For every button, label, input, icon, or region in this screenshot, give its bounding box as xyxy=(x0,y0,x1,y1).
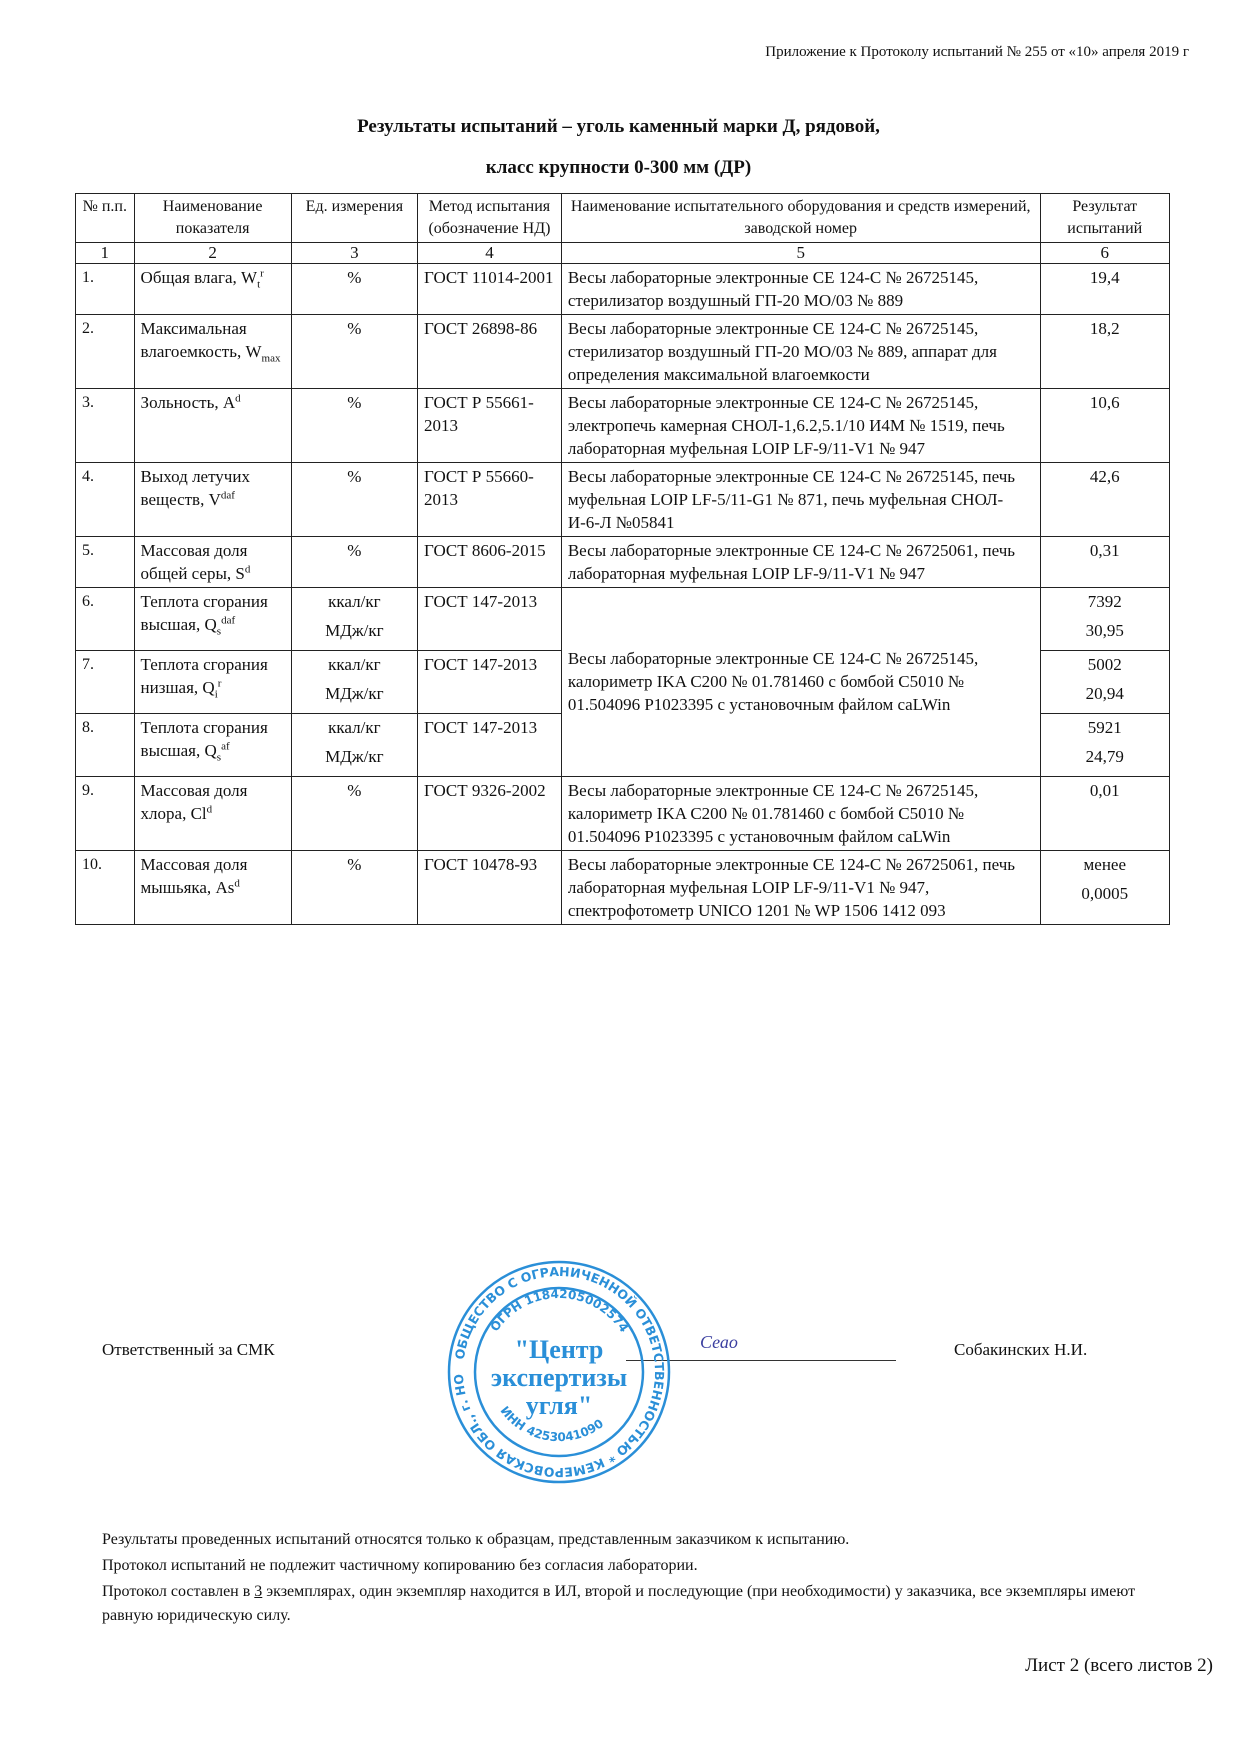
table-row: 2.Максимальная влагоемкость, Wmax%ГОСТ 2… xyxy=(76,315,1170,389)
appendix-header: Приложение к Протоколу испытаний № 255 о… xyxy=(765,44,1189,61)
result: 18,2 xyxy=(1040,315,1169,389)
method: ГОСТ 10478-93 xyxy=(418,851,562,925)
table-row: 5.Массовая доля общей серы, Sd%ГОСТ 8606… xyxy=(76,537,1170,588)
parameter-name: Теплота сгорания низшая, Qir xyxy=(134,651,291,714)
header-param: Наименование показателя xyxy=(134,194,291,243)
row-number: 10. xyxy=(76,851,135,925)
column-number-row: 1 2 3 4 5 6 xyxy=(76,243,1170,264)
signature: Сеао xyxy=(700,1332,738,1353)
param-symbol: Sd xyxy=(231,564,250,583)
stamp-center-2: экспертизы xyxy=(491,1363,627,1392)
param-symbol: Wmax xyxy=(241,342,280,361)
param-symbol: Wtr xyxy=(237,268,264,287)
method: ГОСТ 147-2013 xyxy=(418,588,562,651)
unit: % xyxy=(291,264,417,315)
colnum: 1 xyxy=(76,243,135,264)
result: 0,31 xyxy=(1040,537,1169,588)
parameter-name: Массовая доля мышьяка, Asd xyxy=(134,851,291,925)
param-symbol: Asd xyxy=(211,878,240,897)
svg-text:ОГРН 1184205002574: ОГРН 1184205002574 xyxy=(488,1287,632,1335)
colnum: 5 xyxy=(561,243,1040,264)
param-symbol: Qsaf xyxy=(200,741,229,760)
result: 42,6 xyxy=(1040,463,1169,537)
header-equipment: Наименование испытательного оборудования… xyxy=(561,194,1040,243)
colnum: 6 xyxy=(1040,243,1169,264)
result: 500220,94 xyxy=(1040,651,1169,714)
unit: ккал/кгМДж/кг xyxy=(291,651,417,714)
page-number: Лист 2 (всего листов 2) xyxy=(1025,1655,1213,1677)
notes-section: Результаты проведенных испытаний относят… xyxy=(102,1528,1177,1630)
equipment: Весы лабораторные электронные СЕ 124-С №… xyxy=(561,463,1040,537)
note-1: Результаты проведенных испытаний относят… xyxy=(102,1528,1177,1552)
result: 739230,95 xyxy=(1040,588,1169,651)
row-number: 8. xyxy=(76,714,135,777)
result: 19,4 xyxy=(1040,264,1169,315)
parameter-name: Общая влага, Wtr xyxy=(134,264,291,315)
row-number: 1. xyxy=(76,264,135,315)
header-method: Метод испытания (обозначение НД) xyxy=(418,194,562,243)
table-row: 4.Выход летучих веществ, Vdaf%ГОСТ Р 556… xyxy=(76,463,1170,537)
note-3: Протокол составлен в 3 экземплярах, один… xyxy=(102,1580,1177,1628)
equipment: Весы лабораторные электронные СЕ 124-С №… xyxy=(561,777,1040,851)
param-symbol: Vdaf xyxy=(204,490,235,509)
method: ГОСТ 9326-2002 xyxy=(418,777,562,851)
method: ГОСТ 11014-2001 xyxy=(418,264,562,315)
unit: % xyxy=(291,389,417,463)
equipment: Весы лабораторные электронные СЕ 124-С №… xyxy=(561,389,1040,463)
row-number: 7. xyxy=(76,651,135,714)
row-number: 6. xyxy=(76,588,135,651)
result: 10,6 xyxy=(1040,389,1169,463)
colnum: 4 xyxy=(418,243,562,264)
responsible-label: Ответственный за СМК xyxy=(102,1340,275,1360)
unit: % xyxy=(291,463,417,537)
table-header-row: № п.п. Наименование показателя Ед. измер… xyxy=(76,194,1170,243)
row-number: 9. xyxy=(76,777,135,851)
header-result: Результат испытаний xyxy=(1040,194,1169,243)
equipment: Весы лабораторные электронные СЕ 124-С №… xyxy=(561,537,1040,588)
row-number: 4. xyxy=(76,463,135,537)
table-row: 3.Зольность, Ad%ГОСТ Р 55661-2013Весы ла… xyxy=(76,389,1170,463)
parameter-name: Массовая доля хлора, Cld xyxy=(134,777,291,851)
stamp-ogrn: ОГРН 1184205002574 xyxy=(488,1287,632,1335)
header-num: № п.п. xyxy=(76,194,135,243)
result: 0,01 xyxy=(1040,777,1169,851)
result: 592124,79 xyxy=(1040,714,1169,777)
unit: ккал/кгМДж/кг xyxy=(291,588,417,651)
signer-name: Собакинских Н.И. xyxy=(954,1340,1087,1360)
parameter-name: Выход летучих веществ, Vdaf xyxy=(134,463,291,537)
row-number: 3. xyxy=(76,389,135,463)
unit: % xyxy=(291,537,417,588)
table-row: 9.Массовая доля хлора, Cld%ГОСТ 9326-200… xyxy=(76,777,1170,851)
page-subtitle: класс крупности 0-300 мм (ДР) xyxy=(0,157,1237,179)
param-symbol: Qir xyxy=(198,678,221,697)
equipment: Весы лабораторные электронные СЕ 124-С №… xyxy=(561,851,1040,925)
table-row: 6.Теплота сгорания высшая, Qsdafккал/кгМ… xyxy=(76,588,1170,651)
method: ГОСТ 147-2013 xyxy=(418,714,562,777)
param-symbol: Ad xyxy=(219,393,241,412)
method: ГОСТ 147-2013 xyxy=(418,651,562,714)
header-unit: Ед. измерения xyxy=(291,194,417,243)
parameter-name: Зольность, Ad xyxy=(134,389,291,463)
note-2: Протокол испытаний не подлежит частичном… xyxy=(102,1554,1177,1578)
parameter-name: Теплота сгорания высшая, Qsaf xyxy=(134,714,291,777)
method: ГОСТ Р 55661-2013 xyxy=(418,389,562,463)
colnum: 2 xyxy=(134,243,291,264)
param-symbol: Cld xyxy=(186,804,212,823)
unit: % xyxy=(291,777,417,851)
table-row: 1.Общая влага, Wtr%ГОСТ 11014-2001Весы л… xyxy=(76,264,1170,315)
unit: % xyxy=(291,851,417,925)
unit: ккал/кгМДж/кг xyxy=(291,714,417,777)
unit: % xyxy=(291,315,417,389)
equipment: Весы лабораторные электронные СЕ 124-С №… xyxy=(561,315,1040,389)
parameter-name: Теплота сгорания высшая, Qsdaf xyxy=(134,588,291,651)
parameter-name: Максимальная влагоемкость, Wmax xyxy=(134,315,291,389)
method: ГОСТ 8606-2015 xyxy=(418,537,562,588)
company-stamp: ОБЩЕСТВО С ОГРАНИЧЕННОЙ ОТВЕТСТВЕННОСТЬЮ… xyxy=(445,1258,673,1486)
stamp-center-1: "Центр xyxy=(515,1335,604,1364)
row-number: 5. xyxy=(76,537,135,588)
result: менее0,0005 xyxy=(1040,851,1169,925)
colnum: 3 xyxy=(291,243,417,264)
method: ГОСТ Р 55660-2013 xyxy=(418,463,562,537)
results-table: № п.п. Наименование показателя Ед. измер… xyxy=(75,193,1170,925)
param-symbol: Qsdaf xyxy=(200,615,235,634)
row-number: 2. xyxy=(76,315,135,389)
equipment: Весы лабораторные электронные СЕ 124-С №… xyxy=(561,264,1040,315)
page-title: Результаты испытаний – уголь каменный ма… xyxy=(0,116,1237,138)
parameter-name: Массовая доля общей серы, Sd xyxy=(134,537,291,588)
table-row: 10.Массовая доля мышьяка, Asd%ГОСТ 10478… xyxy=(76,851,1170,925)
stamp-center-3: угля" xyxy=(526,1391,593,1420)
equipment: Весы лабораторные электронные СЕ 124-С №… xyxy=(561,588,1040,777)
method: ГОСТ 26898-86 xyxy=(418,315,562,389)
